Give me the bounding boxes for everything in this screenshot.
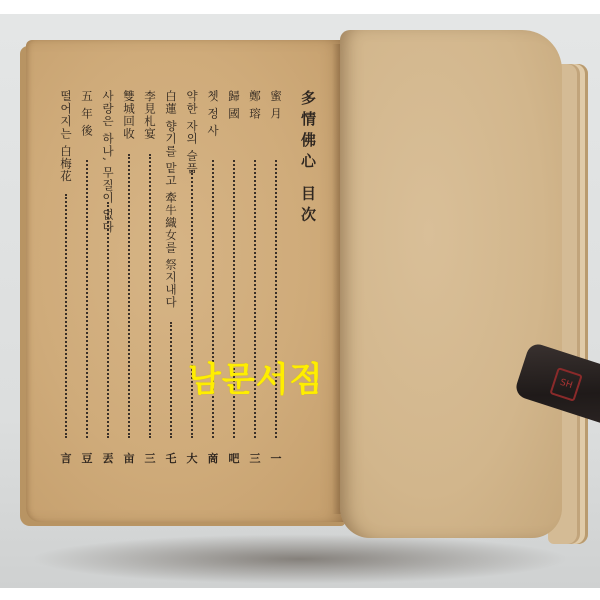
toc-entry-page: 言	[56, 450, 76, 466]
toc-entry: 사랑은 하나, 무질이 없다 丟	[98, 90, 118, 466]
toc-entry-title: 五 年 後	[77, 90, 97, 137]
toc-entry-page: 豆	[77, 450, 97, 466]
toc-entry-page: 乇	[161, 450, 181, 466]
toc-entry: 鄭 瑢 三	[245, 90, 265, 466]
eraser-logo-icon: SH	[549, 367, 582, 402]
toc-entry-title: 쳇 정 사	[203, 90, 223, 137]
toc-entry: 떨어지는 白梅花 言	[56, 90, 76, 466]
toc-entry: 歸 國 吧	[224, 90, 244, 466]
dotted-leader	[149, 154, 151, 438]
toc-entry: 蜜 月 一	[266, 90, 286, 466]
toc-entry: 쳇 정 사 啇	[203, 90, 223, 466]
toc-entry: 五 年 後 豆	[77, 90, 97, 466]
toc-entry-page: 三	[140, 450, 160, 466]
toc-title: 多情佛心 目次	[298, 90, 319, 227]
toc-entry-page: 吧	[224, 450, 244, 466]
dotted-leader	[65, 194, 67, 438]
table-of-contents: 多情佛心 目次 蜜 月 一 鄭 瑢 三 歸 國 吧 쳇 정 사 啇 약한 자의 …	[40, 90, 330, 470]
toc-entry: 雙城回收 亩	[119, 90, 139, 466]
toc-entry-title: 蜜 月	[266, 90, 286, 120]
toc-entry-title: 약한 자의 슬픔	[182, 90, 202, 174]
toc-entry-title: 雙城回收	[119, 90, 139, 140]
toc-entry-page: 丟	[98, 450, 118, 466]
watermark-text: 남문서점	[188, 352, 323, 401]
toc-entry-title: 鄭 瑢	[245, 90, 265, 120]
toc-entry-page: 大	[182, 450, 202, 466]
dotted-leader	[86, 160, 88, 438]
dotted-leader	[170, 322, 172, 438]
toc-entry-title: 李見札宴	[140, 90, 160, 140]
right-page-curled	[340, 30, 562, 538]
toc-entry-page: 亩	[119, 450, 139, 466]
book-shadow	[30, 534, 570, 584]
toc-entry-page: 三	[245, 450, 265, 466]
dotted-leader	[107, 202, 109, 438]
toc-entry-title: 白蓮 향기를 맡고 牽牛織女를 祭지내다	[161, 90, 181, 309]
toc-entry: 李見札宴 三	[140, 90, 160, 466]
toc-entry-title: 떨어지는 白梅花	[56, 90, 76, 182]
toc-entry-page: 啇	[203, 450, 223, 466]
toc-entry: 白蓮 향기를 맡고 牽牛織女를 祭지내다 乇	[161, 90, 181, 466]
toc-entry: 약한 자의 슬픔 大	[182, 90, 202, 466]
toc-entry-page: 一	[266, 450, 286, 466]
dotted-leader	[128, 154, 130, 438]
toc-entry-title: 歸 國	[224, 90, 244, 120]
